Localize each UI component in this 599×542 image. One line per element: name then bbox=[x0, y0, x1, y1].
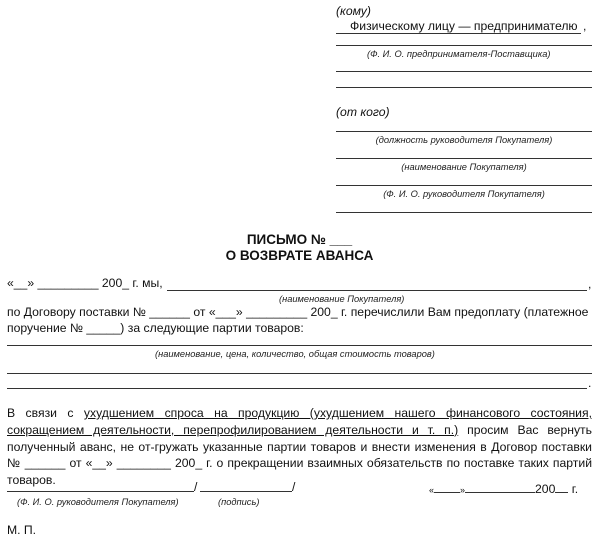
signature-slash-2: / bbox=[292, 480, 295, 495]
sender-name-line bbox=[336, 158, 592, 159]
buyer-name-caption: (наименование Покупателя) bbox=[279, 293, 404, 305]
signature-name-caption: (Ф. И. О. руководителя Покупателя) bbox=[17, 496, 179, 508]
goods-end-period: . bbox=[588, 376, 591, 391]
buyer-name-comma: , bbox=[588, 277, 591, 292]
signature-date: «»200 г. bbox=[429, 482, 578, 498]
paragraph-start: В связи с bbox=[7, 406, 84, 420]
signature-sign-line bbox=[200, 491, 292, 492]
goods-line-1 bbox=[7, 345, 592, 346]
buyer-name-line bbox=[167, 290, 587, 291]
goods-line-2 bbox=[7, 373, 592, 374]
contract-line: по Договору поставки № ______ от «___» _… bbox=[7, 305, 588, 320]
recipient-value-line bbox=[336, 33, 581, 34]
request-paragraph: В связи с ухудшением спроса на продукцию… bbox=[7, 405, 592, 489]
recipient-caption: (Ф. И. О. предпринимателя-Поставщика) bbox=[367, 48, 551, 60]
sender-position-caption: (должность руководителя Покупателя) bbox=[336, 134, 592, 146]
sender-position-line bbox=[336, 131, 592, 132]
goods-caption: (наименование, цена, количество, общая с… bbox=[155, 348, 435, 360]
sender-extra-line bbox=[336, 212, 592, 213]
recipient-label: (кому) bbox=[336, 4, 371, 18]
recipient-extra-line-1 bbox=[336, 71, 592, 72]
signature-sign-caption: (подпись) bbox=[218, 496, 259, 508]
goods-line-3 bbox=[7, 388, 587, 389]
signature-slash-1: / bbox=[194, 480, 197, 495]
recipient-value: Физическому лицу — предпринимателю bbox=[350, 19, 578, 34]
sender-label: (от кого) bbox=[336, 105, 390, 119]
stamp-label: М. П. bbox=[7, 523, 36, 538]
sender-fio-caption: (Ф. И. О. руководителя Покупателя) bbox=[336, 188, 592, 200]
recipient-name-line bbox=[336, 45, 592, 46]
recipient-extra-line-2 bbox=[336, 87, 592, 88]
sender-fio-line bbox=[336, 185, 592, 186]
letter-title: ПИСЬМО № ___ bbox=[0, 232, 599, 248]
body-date-line: «__» _________ 200_ г. мы, bbox=[7, 276, 163, 291]
payment-order-line: поручение № _____) за следующие партии т… bbox=[7, 321, 304, 336]
recipient-comma: , bbox=[583, 19, 586, 34]
sender-name-caption: (наименование Покупателя) bbox=[336, 161, 592, 173]
letter-subtitle: О ВОЗВРАТЕ АВАНСА bbox=[0, 248, 599, 264]
signature-name-line bbox=[7, 491, 194, 492]
